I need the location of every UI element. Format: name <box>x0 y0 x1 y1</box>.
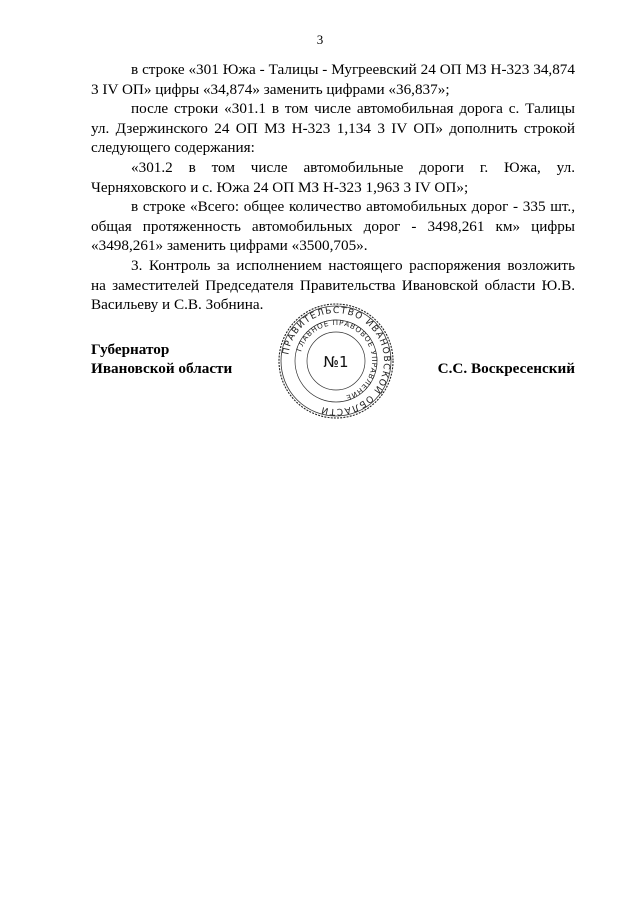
signatory-title-line1: Губернатор <box>91 340 232 359</box>
signatory-name: С.С. Воскресенский <box>438 359 575 378</box>
paragraph-after-301-1: после строки «301.1 в том числе автомоби… <box>91 99 575 158</box>
paragraph-total-roads: в строке «Всего: общее количество автомо… <box>91 197 575 256</box>
document-page: 3 в строке «301 Южа - Талицы - Мугреевск… <box>0 0 640 905</box>
paragraph-replace-301: в строке «301 Южа - Талицы - Мугреевский… <box>91 60 575 99</box>
signatory-title-line2: Ивановской области <box>91 359 232 378</box>
official-stamp-icon: ПРАВИТЕЛЬСТВО ИВАНОВСКОЙ ОБЛАСТИ ГЛАВНОЕ… <box>273 301 399 421</box>
signatory-title: Губернатор Ивановской области <box>91 340 232 378</box>
stamp-center-text: №1 <box>323 353 348 371</box>
page-number: 3 <box>0 32 640 48</box>
document-body: в строке «301 Южа - Талицы - Мугреевский… <box>91 60 575 315</box>
paragraph-new-301-2: «301.2 в том числе автомобильные дороги … <box>91 158 575 197</box>
